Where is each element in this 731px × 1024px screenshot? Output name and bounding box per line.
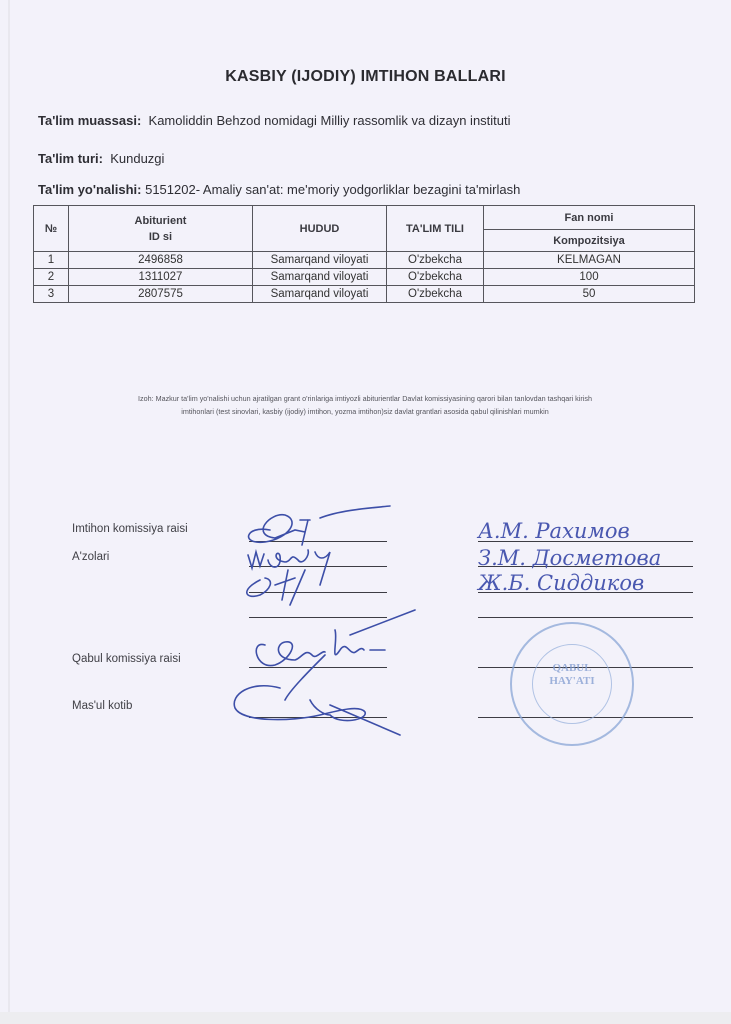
signature-secretary-icon — [234, 655, 400, 735]
header-language: TA'LIM TILI — [387, 206, 484, 252]
cell-score: 100 — [484, 269, 695, 286]
signature-exam-chair-icon — [249, 506, 390, 545]
institution-line: Ta'lim muassasi: Kamoliddin Behzod nomid… — [38, 113, 511, 128]
header-region: HUDUD — [253, 206, 387, 252]
cell-score: 50 — [484, 286, 695, 303]
document-page: KASBIY (IJODIY) IMTIHON BALLARI Ta'lim m… — [0, 0, 731, 1024]
institution-value: Kamoliddin Behzod nomidagi Milliy rassom… — [149, 113, 511, 128]
page-edge — [8, 0, 10, 1024]
signature-scribbles — [230, 500, 400, 740]
cell-region: Samarqand viloyati — [253, 252, 387, 269]
cell-score: KELMAGAN — [484, 252, 695, 269]
specialty-line: Ta'lim yo'nalishi: 5151202- Amaliy san'a… — [38, 182, 520, 197]
cell-no: 1 — [34, 252, 69, 269]
signature-member-2-icon — [247, 570, 305, 605]
handwritten-name-3: Ж.Б. Сиддиков — [476, 571, 644, 595]
stamp-text: QABUL HAY'ATI — [512, 662, 632, 688]
header-subject: Kompozitsiya — [484, 230, 695, 252]
institution-label: Ta'lim muassasi: — [38, 113, 141, 128]
cell-applicant-id: 2496858 — [69, 252, 253, 269]
handwritten-name-2: З.М. Досметова — [478, 546, 661, 570]
handwritten-name-1: А.М. Рахимов — [476, 519, 630, 543]
stamp-text-line2: HAY'ATI — [512, 675, 632, 688]
specialty-value: 5151202- Amaliy san'at: me'moriy yodgorl… — [145, 182, 520, 197]
exam-chair-label: Imtihon komissiya raisi — [72, 523, 188, 535]
scores-table: № Abiturient ID si HUDUD TA'LIM TILI Fan… — [33, 205, 695, 303]
handwritten-names: А.М. Рахимов З.М. Досметова Ж.Б. Сиддико… — [470, 508, 700, 608]
specialty-label: Ta'lim yo'nalishi: — [38, 182, 141, 197]
cell-language: O'zbekcha — [387, 286, 484, 303]
study-type-line: Ta'lim turi: Kunduzgi — [38, 151, 164, 166]
cell-region: Samarqand viloyati — [253, 269, 387, 286]
study-type-value: Kunduzgi — [110, 151, 164, 166]
document-title: KASBIY (IJODIY) IMTIHON BALLARI — [0, 68, 731, 86]
header-no: № — [34, 206, 69, 252]
cell-region: Samarqand viloyati — [253, 286, 387, 303]
admission-committee-stamp: QABUL HAY'ATI — [510, 622, 634, 746]
study-type-label: Ta'lim turi: — [38, 151, 103, 166]
header-subject-group: Fan nomi — [484, 206, 695, 230]
table-header-row: № Abiturient ID si HUDUD TA'LIM TILI Fan… — [34, 206, 695, 230]
cell-language: O'zbekcha — [387, 269, 484, 286]
header-id-line2: ID si — [69, 231, 252, 243]
table-row: 12496858Samarqand viloyatiO'zbekchaKELMA… — [34, 252, 695, 269]
table-row: 21311027Samarqand viloyatiO'zbekcha100 — [34, 269, 695, 286]
stamp-text-line1: QABUL — [512, 662, 632, 675]
cell-applicant-id: 1311027 — [69, 269, 253, 286]
cell-no: 3 — [34, 286, 69, 303]
cell-no: 2 — [34, 269, 69, 286]
page-bottom-edge — [0, 1012, 731, 1024]
cell-applicant-id: 2807575 — [69, 286, 253, 303]
header-id-line1: Abiturient — [69, 215, 252, 227]
name-line-member-3 — [478, 617, 693, 618]
footnote-line1: Izoh: Mazkur ta'lim yo'nalishi uchun ajr… — [40, 392, 690, 405]
signature-admission-chair-icon — [256, 610, 415, 666]
table-row: 32807575Samarqand viloyatiO'zbekcha50 — [34, 286, 695, 303]
header-applicant-id: Abiturient ID si — [69, 206, 253, 252]
admission-chair-label: Qabul komissiya raisi — [72, 653, 181, 665]
footnote-line2: imtihonlari (test sinovlari, kasbiy (ijo… — [40, 405, 690, 418]
members-label: A'zolari — [72, 551, 109, 563]
secretary-label: Mas'ul kotib — [72, 700, 132, 712]
cell-language: O'zbekcha — [387, 252, 484, 269]
footnote: Izoh: Mazkur ta'lim yo'nalishi uchun ajr… — [40, 392, 690, 418]
